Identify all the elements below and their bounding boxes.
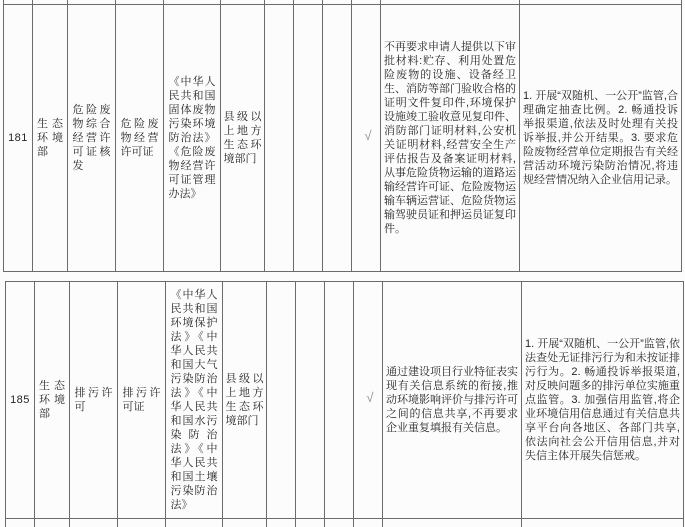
table-row-181: 181 生态环境部 危险废物综合经营许可证核发 危险废物经营许可证 《中华人民共…	[3, 4, 682, 272]
checkmark-icon: √	[364, 128, 371, 143]
license-name-cell: 排污许可证	[118, 282, 166, 518]
row-number: 185	[10, 394, 30, 406]
empty-cell	[354, 519, 383, 527]
checkmark-icon: √	[366, 390, 373, 405]
item-name: 危险废物综合经营许可证核发	[73, 103, 111, 173]
license-name-cell: 危险废物经营许可证	[116, 5, 164, 271]
department-name: 生态环境部	[37, 117, 63, 159]
issuing-authority-text: 县级以上地方生态环境部门	[224, 110, 262, 166]
license-name: 危险废物经营许可证	[121, 117, 159, 159]
empty-cell	[6, 519, 35, 527]
reform-measures-cell: 不再要求申请人提供以下审批材料:贮存、利用处置危险废物的设施、设备经卫生、消防等…	[381, 5, 520, 271]
empty-cell	[522, 519, 683, 527]
legal-basis-text: 《中华人民共和国环境保护法》《中华人民共和国大气污染防治法》《中华人民共和国水污…	[171, 288, 218, 512]
checkmark-cell: √	[354, 282, 383, 518]
supervision-measures-text: 1. 开展“双随机、一公开”监管,依法查处无证排污行为和未按证排污行为。2. 畅…	[522, 337, 683, 463]
empty-cell	[294, 5, 323, 271]
empty-cell	[296, 519, 325, 527]
supervision-measures-text: 1. 开展“双随机、一公开”监管,合理确定抽查比例。2. 畅通投诉举报渠道,依法…	[520, 89, 681, 187]
scanned-document-page: 181 生态环境部 危险废物综合经营许可证核发 危险废物经营许可证 《中华人民共…	[0, 0, 685, 527]
empty-cell	[118, 519, 166, 527]
issuing-authority-text: 县级以上地方生态环境部门	[226, 372, 264, 428]
row-number: 181	[8, 132, 28, 144]
reform-measures-text: 通过建设项目行业特征表实现有关信息系统的衔接,推动环境影响评价与排污许可之间的信…	[383, 365, 521, 435]
empty-cell	[325, 519, 354, 527]
item-name: 排污许可	[75, 386, 113, 414]
department-name: 生态环境部	[39, 379, 65, 421]
empty-cell	[323, 5, 352, 271]
issuing-authority-cell: 县级以上地方生态环境部门	[221, 5, 265, 271]
legal-basis-text: 《中华人民共和国固体废物污染环境防治法》《危险废物经营许可证管理办法》	[169, 75, 216, 201]
department-cell: 生态环境部	[33, 5, 68, 271]
empty-cell	[70, 519, 118, 527]
table-bottom-edge	[5, 519, 684, 527]
table-row-185: 185 生态环境部 排污许可 排污许可证 《中华人民共和国环境保护法》《中华人民…	[5, 281, 684, 519]
license-name: 排污许可证	[123, 386, 161, 414]
reform-measures-cell: 通过建设项目行业特征表实现有关信息系统的衔接,推动环境影响评价与排污许可之间的信…	[383, 282, 522, 518]
empty-cell	[35, 519, 70, 527]
department-cell: 生态环境部	[35, 282, 70, 518]
empty-cell	[267, 519, 296, 527]
checkmark-cell: √	[352, 5, 381, 271]
legal-basis-cell: 《中华人民共和国固体废物污染环境防治法》《危险废物经营许可证管理办法》	[164, 5, 221, 271]
supervision-measures-cell: 1. 开展“双随机、一公开”监管,依法查处无证排污行为和未按证排污行为。2. 畅…	[522, 282, 683, 518]
row-gap	[0, 272, 685, 281]
item-name-cell: 危险废物综合经营许可证核发	[68, 5, 116, 271]
reform-measures-text: 不再要求申请人提供以下审批材料:贮存、利用处置危险废物的设施、设备经卫生、消防等…	[381, 40, 519, 236]
row-number-cell: 185	[6, 282, 35, 518]
empty-cell	[223, 519, 267, 527]
issuing-authority-cell: 县级以上地方生态环境部门	[223, 282, 267, 518]
legal-basis-cell: 《中华人民共和国环境保护法》《中华人民共和国大气污染防治法》《中华人民共和国水污…	[166, 282, 223, 518]
row-number-cell: 181	[4, 5, 33, 271]
empty-cell	[166, 519, 223, 527]
empty-cell	[265, 5, 294, 271]
empty-cell	[267, 282, 296, 518]
empty-cell	[296, 282, 325, 518]
item-name-cell: 排污许可	[70, 282, 118, 518]
empty-cell	[325, 282, 354, 518]
empty-cell	[383, 519, 522, 527]
supervision-measures-cell: 1. 开展“双随机、一公开”监管,合理确定抽查比例。2. 畅通投诉举报渠道,依法…	[520, 5, 681, 271]
